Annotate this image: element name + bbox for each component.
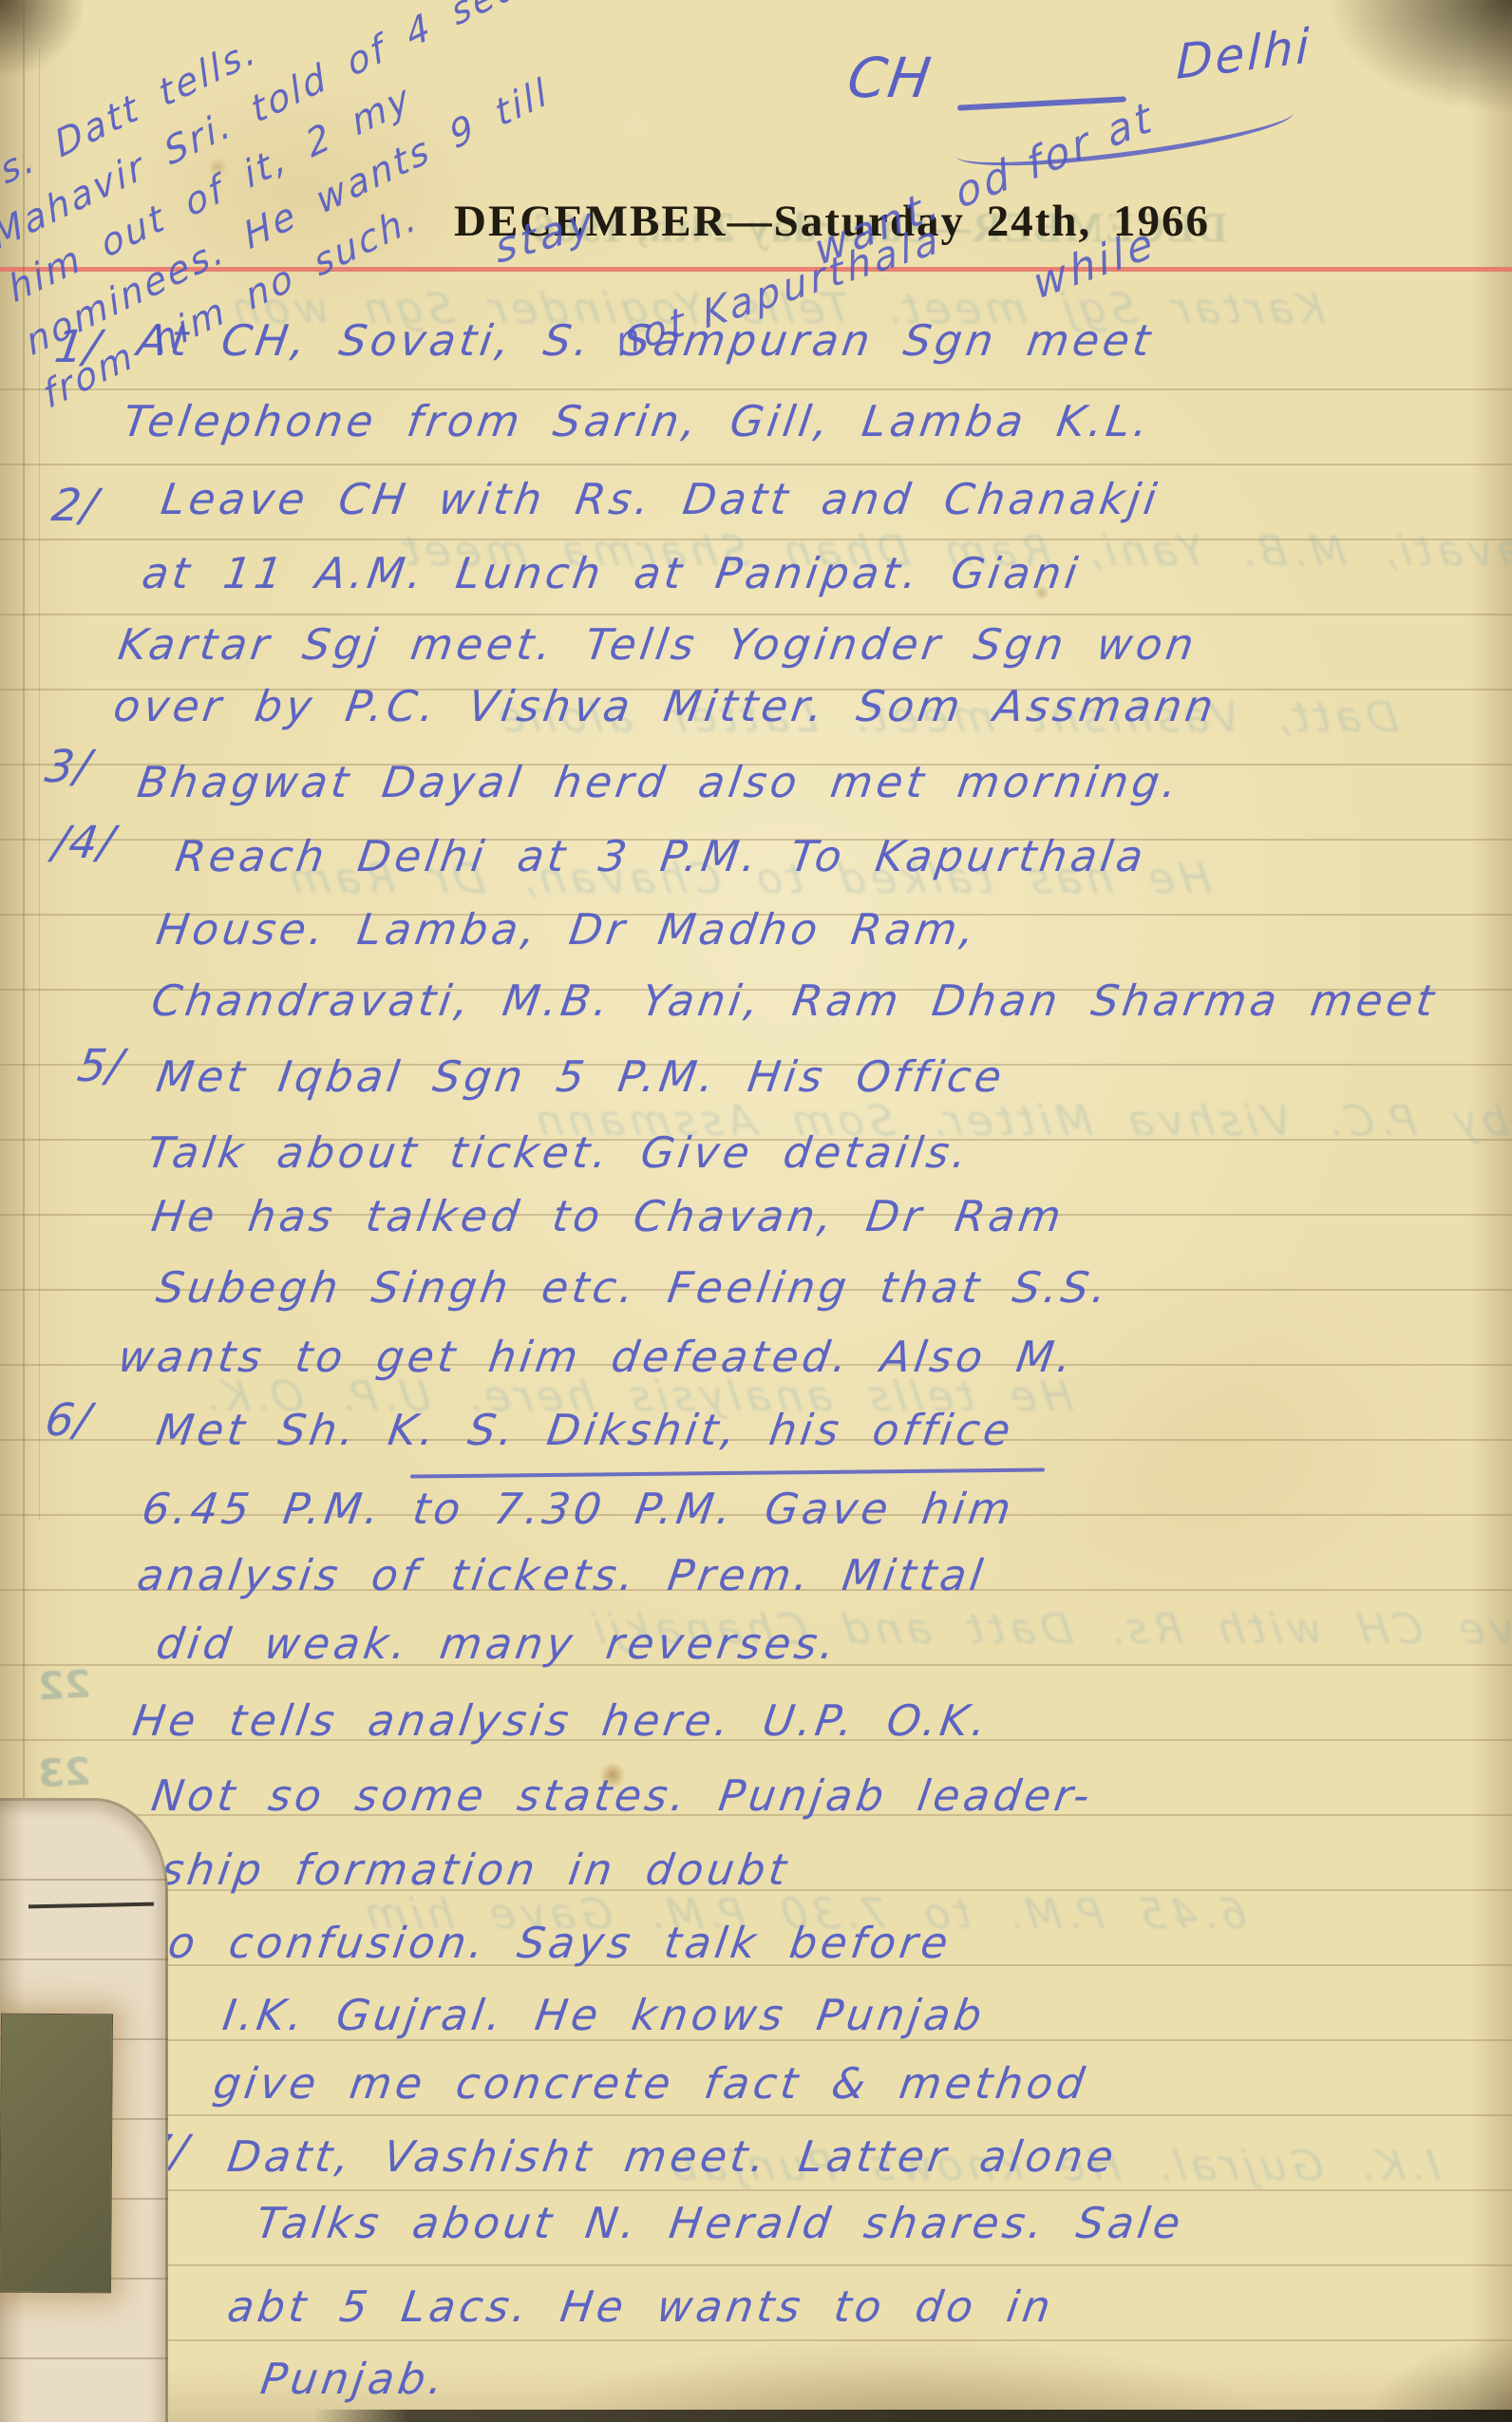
stain: [598, 1763, 627, 1788]
entry-number: /4/: [49, 817, 118, 869]
entry-number: 3/: [42, 741, 94, 793]
diary-line: Reach Delhi at 3 P.M. To Kapurthala: [172, 831, 1149, 881]
diary-line: Talk about ticket. Give details.: [143, 1127, 973, 1178]
entry-number: 5/: [74, 1040, 126, 1092]
diary-line: Talks about N. Herald shares. Sale: [253, 2198, 1187, 2248]
stain: [207, 158, 228, 177]
ghost-page-number: 22: [37, 1663, 92, 1710]
diary-line: He tells analysis here. U.P. O.K.: [129, 1695, 992, 1746]
diary-line: Chandravati, M.B. Yani, Ram Dhan Sharma …: [148, 975, 1441, 1026]
diary-line: Subegh Singh etc. Feeling that S.S.: [153, 1262, 1113, 1313]
diary-line: At CH, Sovati, S. Sampuran Sgn meet: [134, 315, 1157, 366]
diary-line: analysis of tickets. Prem. Mittal: [134, 1550, 989, 1600]
diary-line: at 11 A.M. Lunch at Panipat. Giani: [139, 548, 1084, 598]
diary-line: 6.45 P.M. to 7.30 P.M. Gave him: [139, 1484, 1017, 1534]
diary-line: Datt, Vashisht meet. Latter alone: [224, 2131, 1120, 2182]
diary-line: House. Lamba, Dr Madho Ram,: [153, 904, 981, 955]
diary-line: Kartar Sgj meet. Tells Yoginder Sgn won: [115, 619, 1200, 670]
route-note-to: Delhi: [1176, 18, 1313, 90]
stain: [1033, 585, 1050, 600]
diary-line: Telephone from Sarin, Gill, Lamba K.L.: [120, 396, 1155, 446]
diary-line: Bhagwat Dayal herd also met morning.: [134, 757, 1183, 807]
route-note-dash: [957, 96, 1126, 110]
diary-line: abt 5 Lacs. He wants to do in: [224, 2281, 1057, 2332]
diary-line: Punjab.: [257, 2354, 450, 2404]
entry-number: 2/: [48, 480, 101, 532]
diary-line: Met Sh. K. S. Dikshit, his office: [153, 1405, 1017, 1455]
diary-line: over by P.C. Vishva Mitter. Som Assmann: [110, 681, 1219, 731]
diary-line: give me concrete fact & method: [210, 2058, 1091, 2109]
entry-number: 1/: [51, 321, 104, 373]
diary-line: Leave CH with Rs. Datt and Chanakji: [158, 474, 1163, 524]
diary-line: ship formation in doubt: [158, 1845, 793, 1895]
diary-line: So confusion. Says talk before: [134, 1918, 954, 1968]
cloth-tape-patch: [0, 2014, 113, 2294]
diary-page: Kartar Sgj meet. Tells Yoginder Sgn won …: [0, 0, 1512, 2422]
diary-line: did weak. many reverses.: [153, 1618, 841, 1669]
stain: [622, 116, 647, 137]
diary-line: Met Iqbal Sgn 5 P.M. His Office: [153, 1051, 1008, 1102]
bottom-edge-shadow: [0, 2410, 1512, 2422]
diary-line: He has talked to Chavan, Dr Ram: [148, 1191, 1068, 1241]
diary-line: I.K. Gujral. He knows Punjab: [219, 1990, 989, 2040]
route-note-from: CH: [843, 46, 936, 110]
entry-number: 6/: [42, 1394, 94, 1447]
ghost-page-number: 23: [37, 1750, 92, 1797]
diary-line: wants to get him defeated. Also M.: [115, 1332, 1078, 1382]
